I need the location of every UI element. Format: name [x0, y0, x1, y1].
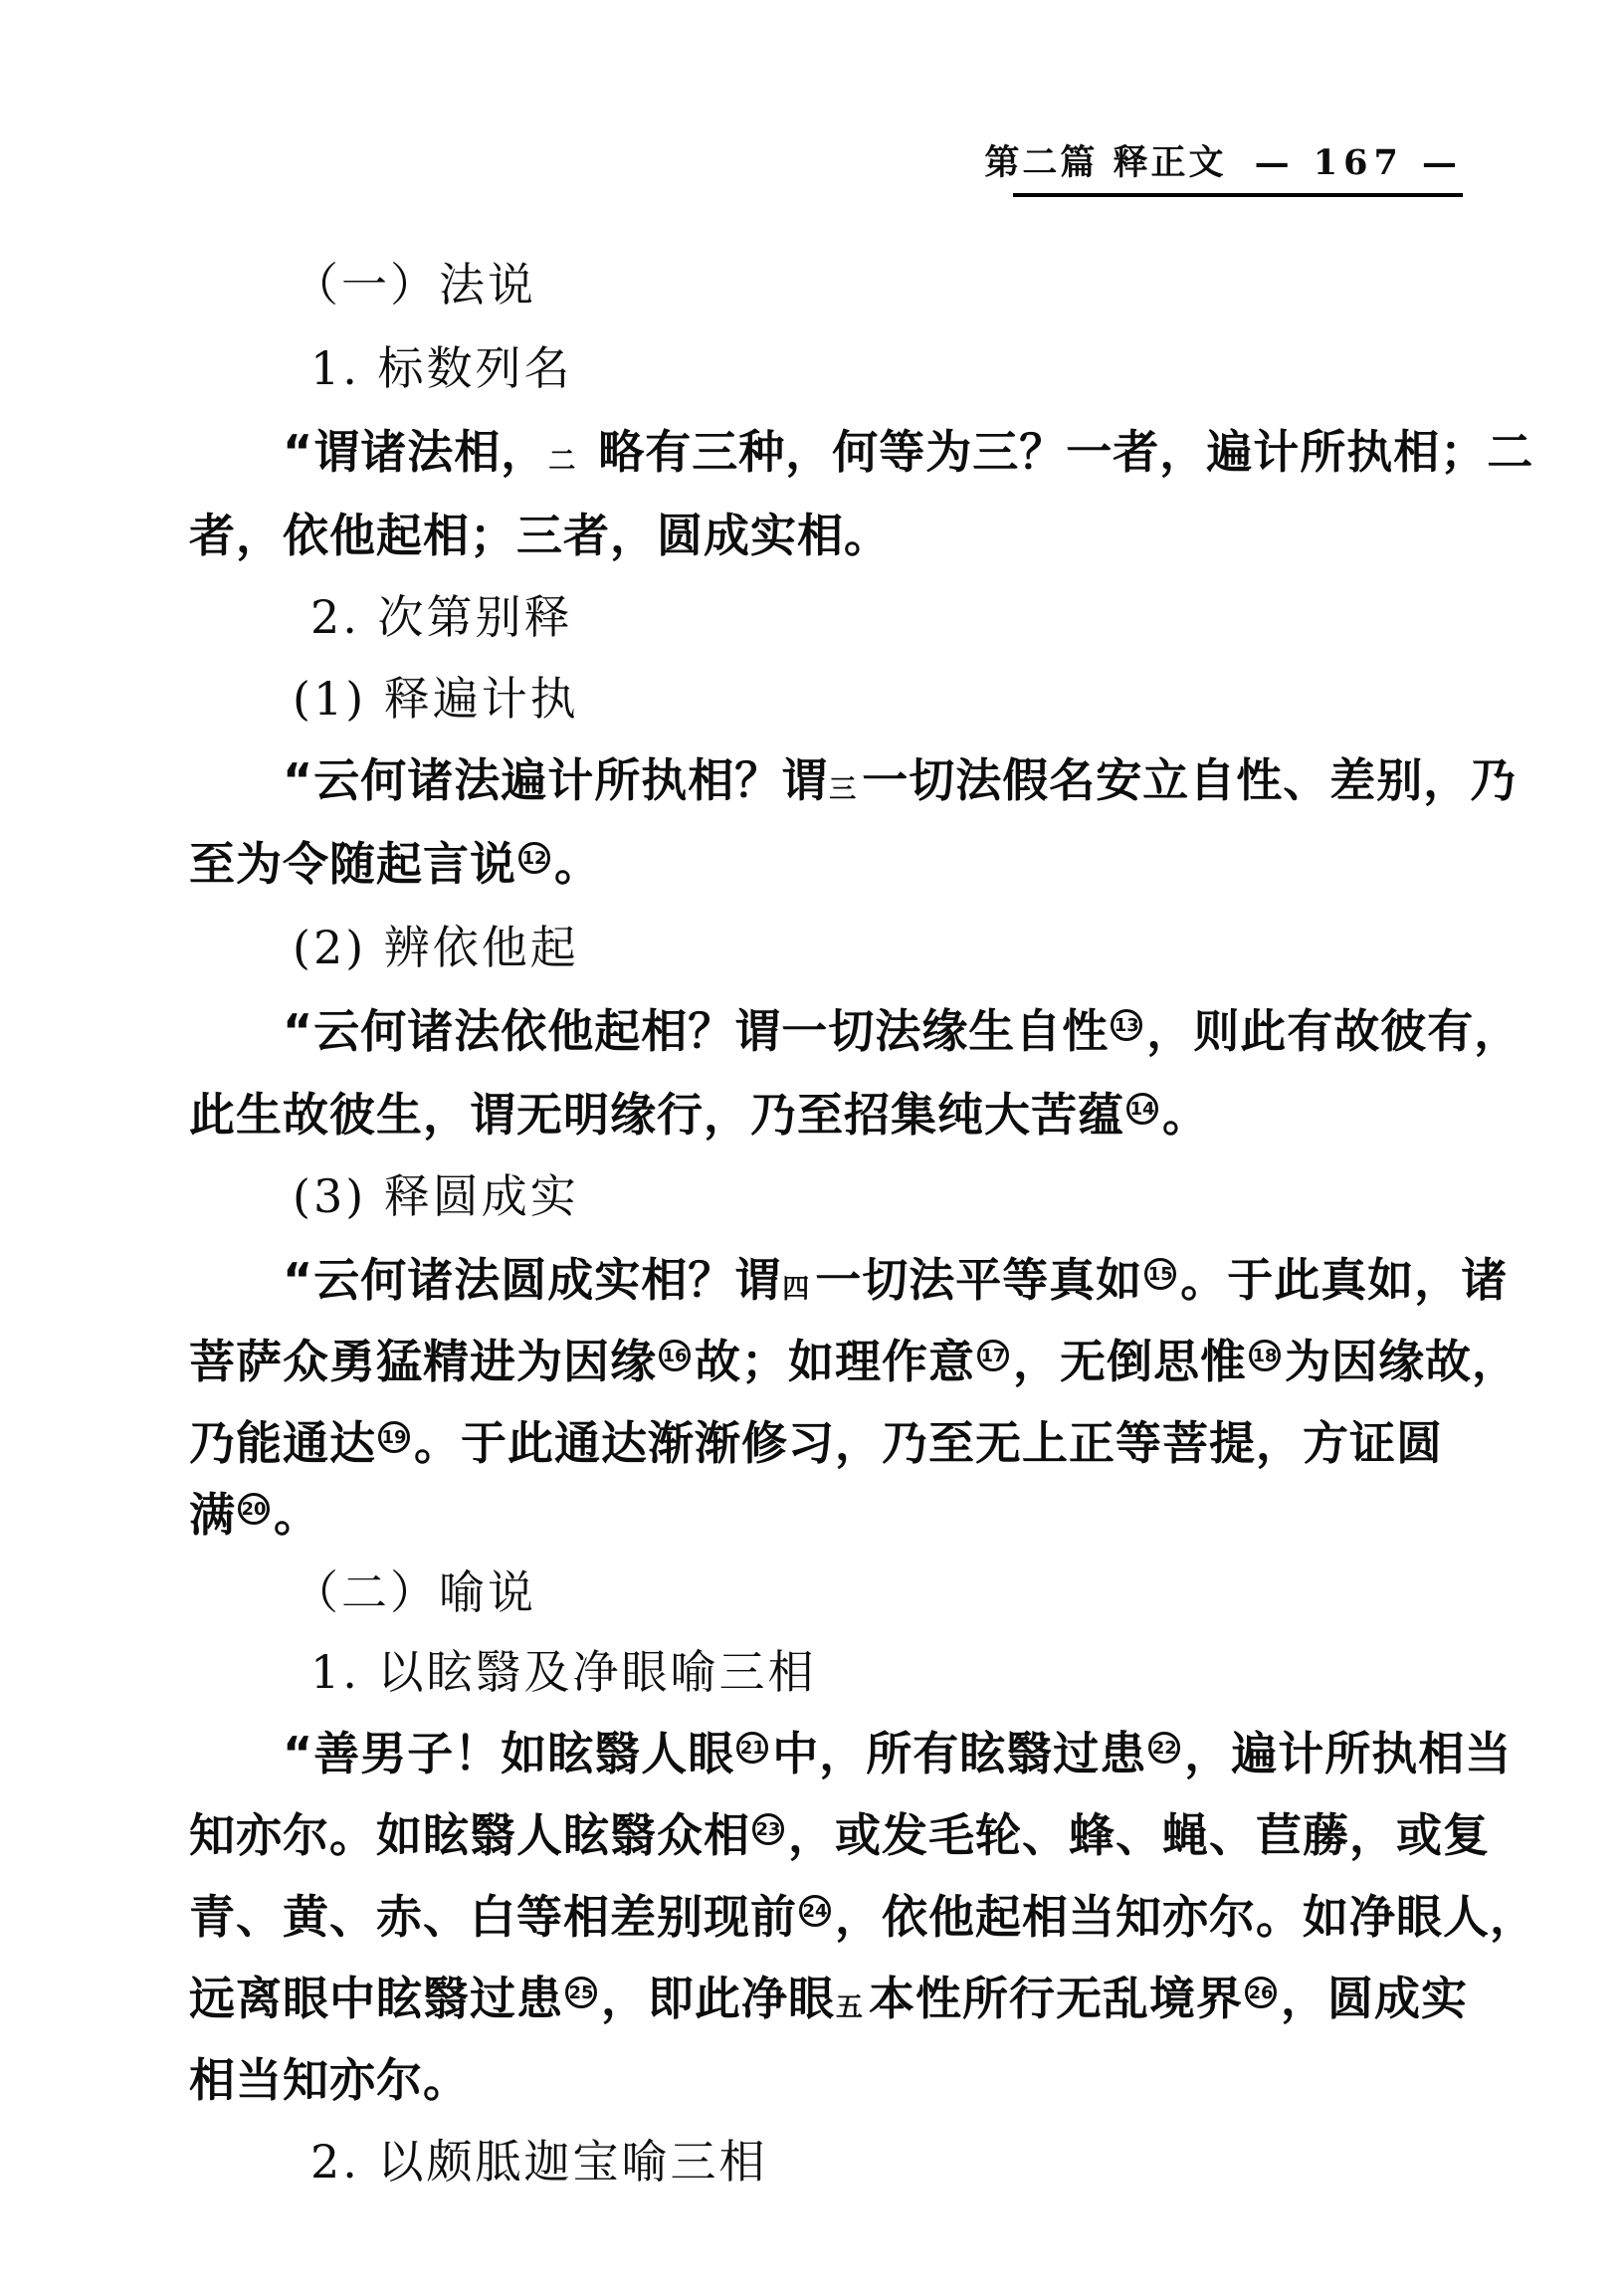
text-line: “云何诸法依他起相？谓一切法缘生自性13，则此有故彼有， [283, 1001, 1521, 1061]
footnote-marker: 25 [565, 1977, 597, 2008]
footnote-marker: 19 [378, 1421, 410, 1453]
text-line: 远离眼中眩翳过患25，即此净眼五本性所行无乱境界26，圆成实 [189, 1969, 1468, 2038]
text-line: 者，依他起相；三者，圆成实相。 [189, 506, 891, 565]
page: 第二篇 释正文— 167 — （一）法说1. 标数列名“谓诸法相，二 略有三种，… [0, 0, 1624, 2294]
text-segment: 至为令随起言说 [189, 837, 516, 891]
text-segment: 2. 以颇胝迦宝喻三相 [310, 2135, 768, 2189]
inline-section-number: 四 [782, 1274, 810, 1305]
header-rule [1013, 193, 1463, 197]
heading-line: （一）法说 [293, 255, 536, 314]
text-segment: 。 [554, 837, 601, 891]
text-segment: ，遍计所执相当 [1184, 1727, 1512, 1780]
text-segment: ，圆成实 [1281, 1972, 1468, 2025]
text-line: 知亦尔。如眩翳人眩翳众相23，或发毛轮、蜂、蝇、苣蕂，或复 [189, 1805, 1490, 1865]
heading-line: 1. 标数列名 [310, 338, 573, 398]
text-segment: “善男子！如眩翳人眼 [283, 1727, 734, 1780]
heading-line: 1. 以眩翳及净眼喻三相 [310, 1642, 817, 1702]
text-segment: 乃能通达 [189, 1416, 376, 1470]
text-segment: “云何诸法圆成实相？谓 [283, 1253, 781, 1307]
heading-line: (2) 辨依他起 [293, 918, 579, 977]
text-segment: “云何诸法遍计所执相？谓 [283, 753, 828, 807]
footnote-marker: 21 [736, 1732, 768, 1764]
text-segment: 。 [274, 1488, 320, 1542]
text-segment: 一切法平等真如 [815, 1253, 1142, 1307]
text-line: 此生故彼生，谓无明缘行，乃至招集纯大苦蕴14。 [189, 1085, 1209, 1145]
footnote-marker: 18 [1249, 1340, 1281, 1371]
inline-section-number: 三 [829, 774, 857, 805]
inline-section-number: 五 [836, 1992, 864, 2023]
text-segment: （一）法说 [293, 258, 536, 312]
text-segment: 。于此通达渐渐修习，乃至无上正等菩提，方证圆 [414, 1416, 1443, 1470]
text-line: 菩萨众勇猛精进为因缘16故；如理作意17，无倒思惟18为因缘故， [189, 1332, 1519, 1391]
inline-section-number: 二 [548, 446, 576, 477]
text-segment: 中，所有眩翳过患 [772, 1727, 1146, 1780]
text-segment: (1) 释遍计执 [293, 672, 579, 726]
text-line: “云何诸法遍计所执相？谓三一切法假名安立自性、差别，乃 [283, 750, 1517, 820]
text-segment: (2) 辨依他起 [293, 921, 579, 974]
text-segment: 一切法假名安立自性、差别，乃 [862, 753, 1517, 807]
text-segment: 菩萨众勇猛精进为因缘 [189, 1335, 657, 1388]
footnote-marker: 13 [1111, 1009, 1142, 1041]
heading-line: （二）喻说 [293, 1563, 536, 1622]
footnote-marker: 26 [1245, 1977, 1277, 2008]
footnote-marker: 24 [799, 1895, 831, 1927]
page-number: — 167 — [1255, 142, 1463, 183]
text-segment: 。于此真如，诸 [1180, 1253, 1508, 1307]
text-segment: 满 [189, 1488, 236, 1542]
text-segment: 者，依他起相；三者，圆成实相。 [189, 509, 891, 562]
text-line: 青、黄、赤、白等相差别现前24，依他起相当知亦尔。如净眼人， [189, 1887, 1536, 1947]
text-line: 相当知亦尔。 [189, 2050, 470, 2110]
text-segment: “云何诸法依他起相？谓一切法缘生自性 [283, 1004, 1109, 1058]
footnote-marker: 14 [1126, 1093, 1158, 1125]
text-segment: 本性所行无乱境界 [869, 1972, 1243, 2025]
text-line: 乃能通达19。于此通达渐渐修习，乃至无上正等菩提，方证圆 [189, 1413, 1443, 1473]
text-segment: ，或发毛轮、蜂、蝇、苣蕂，或复 [788, 1808, 1490, 1862]
text-segment: 远离眼中眩翳过患 [189, 1972, 563, 2025]
text-line: 满20。 [189, 1485, 320, 1545]
heading-line: (3) 释圆成实 [293, 1166, 579, 1226]
text-segment: 为因缘故， [1285, 1335, 1519, 1388]
page-header: 第二篇 释正文— 167 — [984, 135, 1463, 185]
text-line: “善男子！如眩翳人眼21中，所有眩翳过患22，遍计所执相当 [283, 1724, 1512, 1783]
text-segment: (3) 释圆成实 [293, 1169, 579, 1223]
text-line: “云何诸法圆成实相？谓四一切法平等真如15。于此真如，诸 [283, 1250, 1508, 1320]
text-segment: ，则此有故彼有， [1146, 1004, 1521, 1058]
text-segment: 此生故彼生，谓无明缘行，乃至招集纯大苦蕴 [189, 1088, 1124, 1142]
text-line: “谓诸法相，二 略有三种，何等为三？一者，遍计所执相；二 [283, 422, 1533, 492]
footnote-marker: 12 [518, 842, 550, 874]
text-segment: 。 [1162, 1088, 1209, 1142]
text-segment: 1. 标数列名 [310, 341, 573, 395]
text-segment: 故；如理作意 [695, 1335, 975, 1388]
footnote-marker: 23 [752, 1813, 784, 1845]
text-segment: ，即此净眼 [601, 1972, 835, 2025]
text-segment: 略有三种，何等为三？一者，遍计所执相；二 [581, 425, 1533, 479]
footnote-marker: 20 [238, 1493, 270, 1525]
text-segment: 1. 以眩翳及净眼喻三相 [310, 1645, 817, 1699]
text-line: 至为令随起言说12。 [189, 834, 601, 894]
heading-line: 2. 次第别释 [310, 587, 573, 647]
section-title: 第二篇 释正文 [984, 142, 1226, 183]
footnote-marker: 17 [977, 1340, 1009, 1371]
footnote-marker: 16 [659, 1340, 691, 1371]
text-segment: 青、黄、赤、白等相差别现前 [189, 1890, 797, 1944]
text-segment: （二）喻说 [293, 1565, 536, 1619]
heading-line: (1) 释遍计执 [293, 669, 579, 729]
heading-line: 2. 以颇胝迦宝喻三相 [310, 2132, 768, 2191]
text-segment: 知亦尔。如眩翳人眩翳众相 [189, 1808, 750, 1862]
footnote-marker: 22 [1148, 1732, 1180, 1764]
text-segment: ，无倒思惟 [1013, 1335, 1247, 1388]
text-segment: 2. 次第别释 [310, 590, 573, 644]
footnote-marker: 15 [1144, 1258, 1176, 1290]
text-segment: 相当知亦尔。 [189, 2053, 470, 2107]
text-segment: “谓诸法相， [283, 425, 547, 479]
text-segment: ，依他起相当知亦尔。如净眼人， [835, 1890, 1536, 1944]
